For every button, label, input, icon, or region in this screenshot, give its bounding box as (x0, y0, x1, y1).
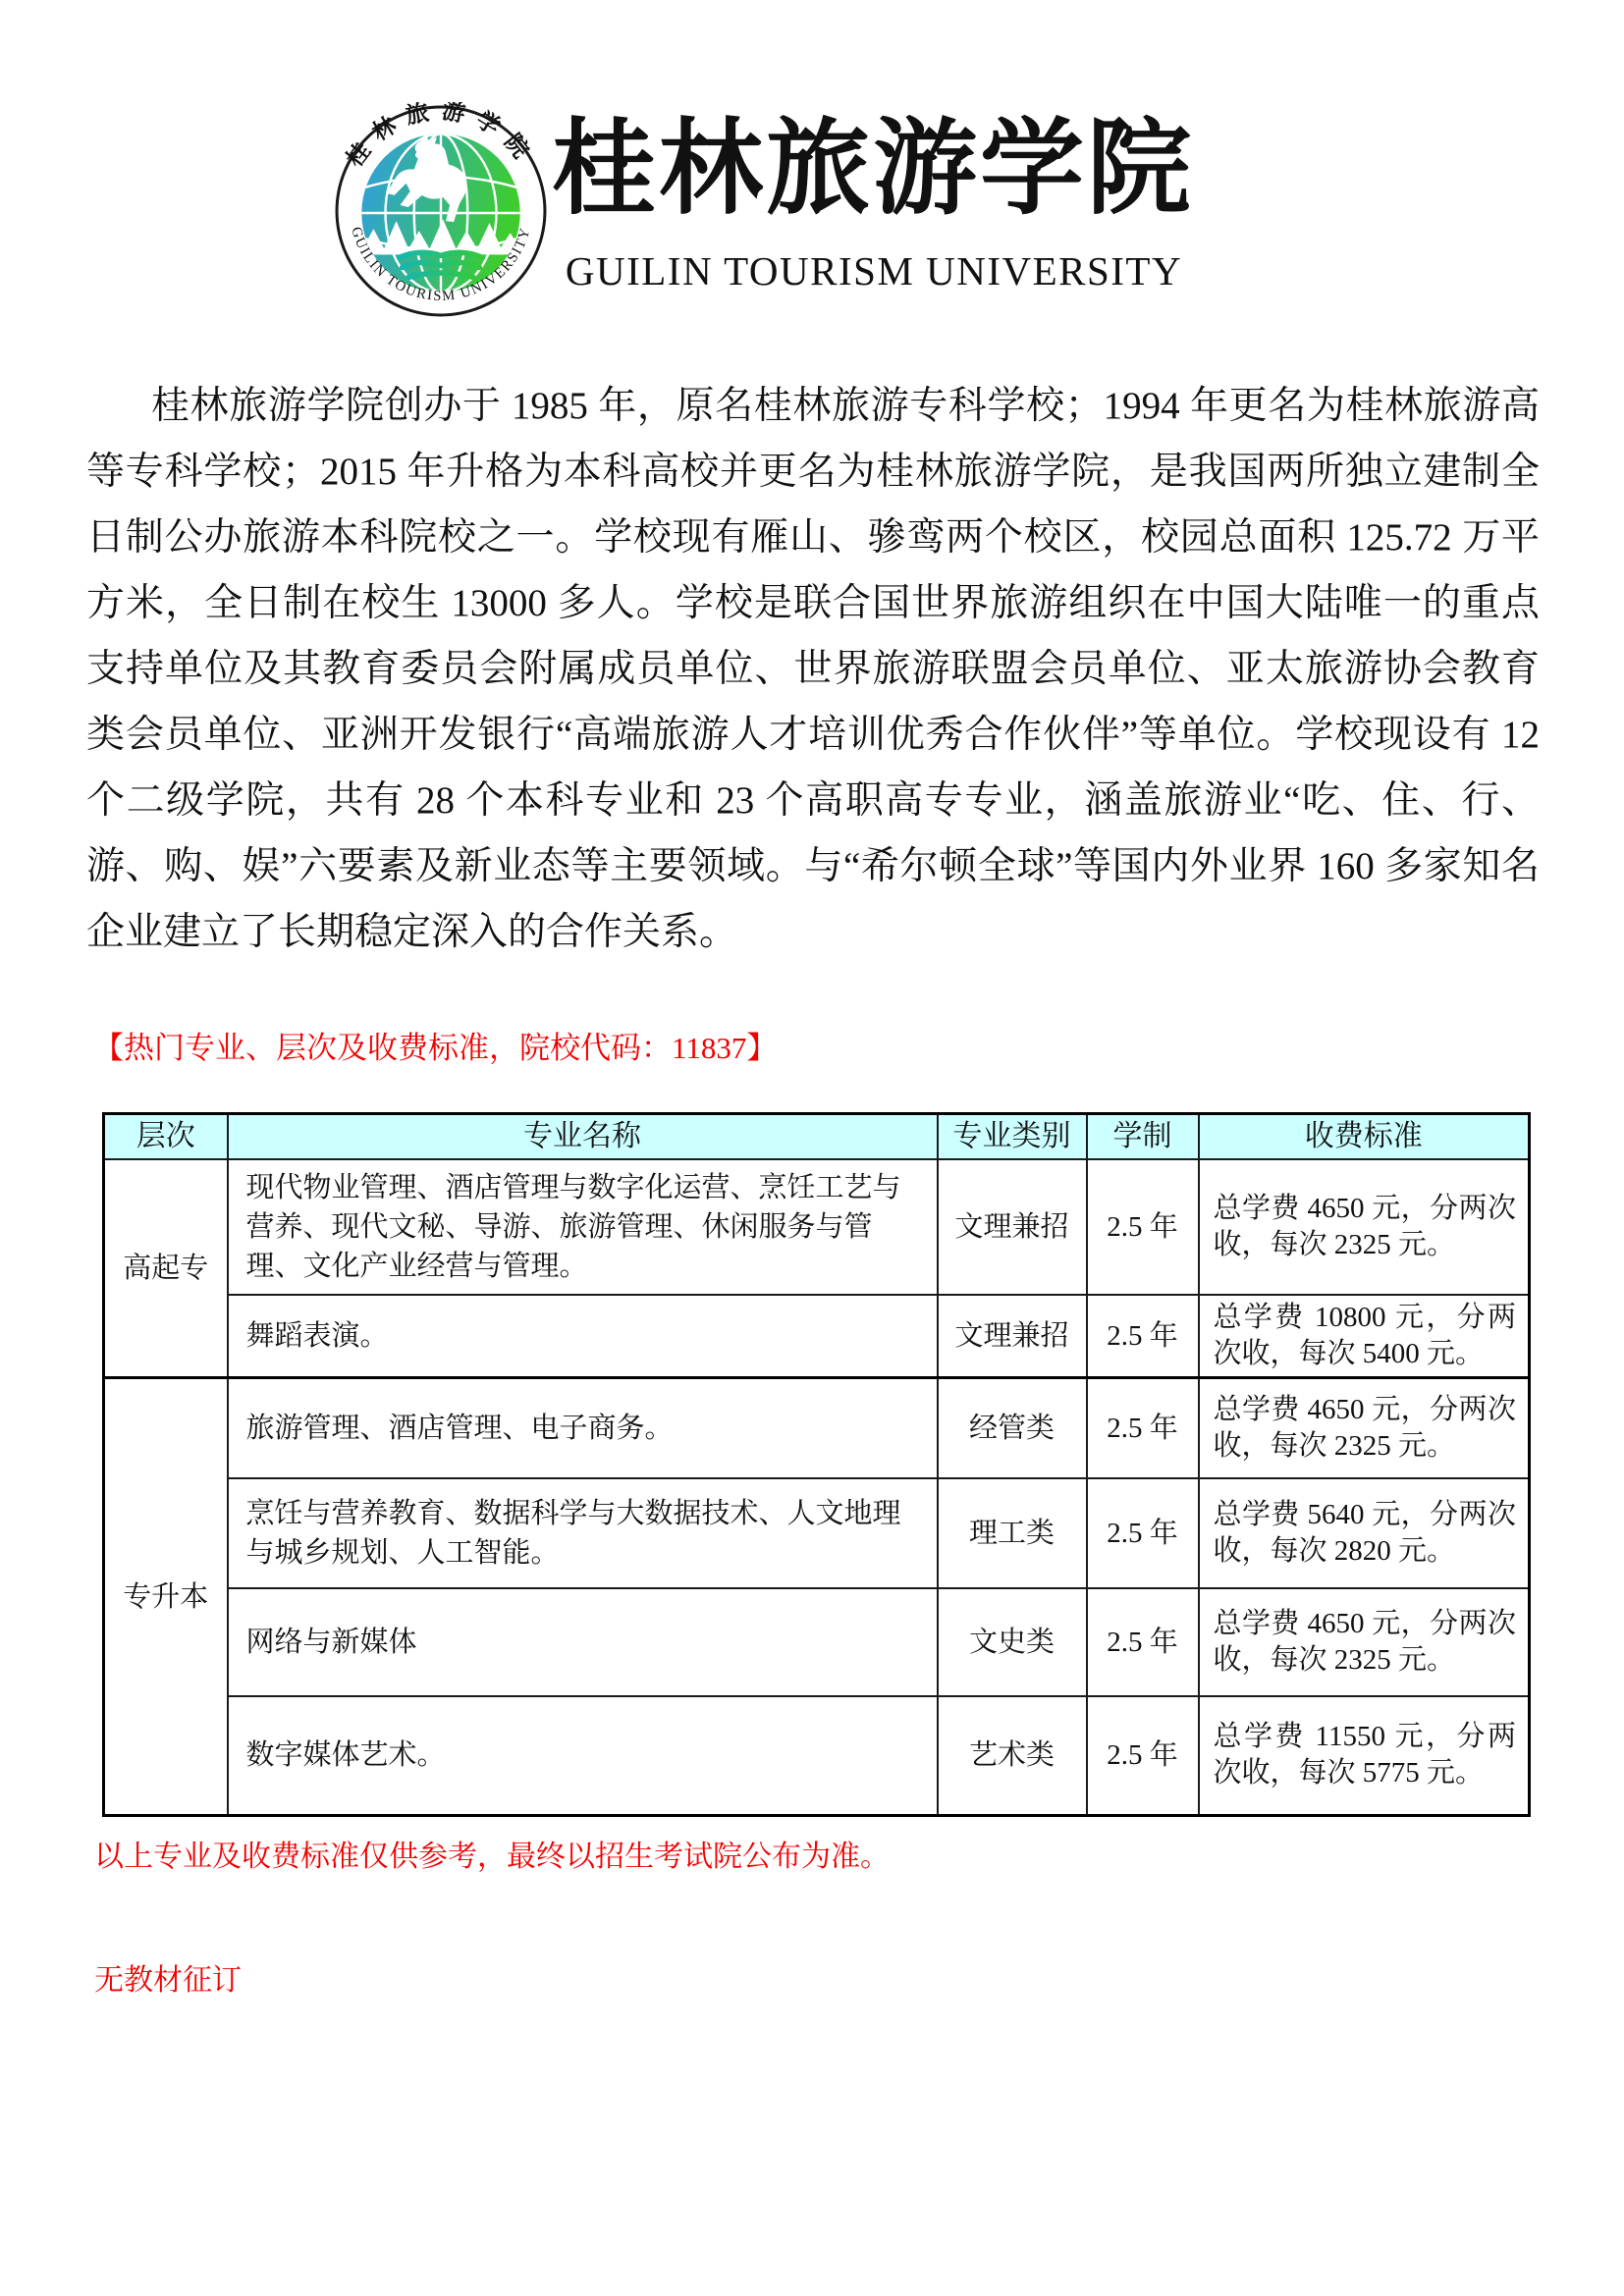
duration-cell: 2.5 年 (1087, 1295, 1199, 1378)
header-major-category: 专业类别 (938, 1114, 1087, 1160)
calligraphy-title: 桂林旅游学院 (552, 94, 1196, 245)
document-page: 桂林旅游学院 GUILIN TOURISM UNIVERSITY 桂林旅游学院 … (0, 0, 1624, 2296)
majors-cell: 数字媒体艺术。 (228, 1696, 938, 1816)
header-duration: 学制 (1087, 1114, 1199, 1160)
fee-cell: 总学费 5640 元，分两次收，每次 2820 元。 (1199, 1478, 1530, 1588)
category-cell: 文理兼招 (938, 1295, 1087, 1378)
category-cell: 经管类 (938, 1378, 1087, 1478)
fee-cell: 总学费 4650 元，分两次收，每次 2325 元。 (1199, 1378, 1530, 1478)
duration-cell: 2.5 年 (1087, 1478, 1199, 1588)
majors-cell: 烹饪与营养教育、数据科学与大数据技术、人文地理与城乡规划、人工智能。 (228, 1478, 938, 1588)
category-cell: 艺术类 (938, 1696, 1087, 1816)
table-row: 高起专 现代物业管理、酒店管理与数字化运营、烹饪工艺与营养、现代文秘、导游、旅游… (104, 1159, 1530, 1295)
header-fee-standard: 收费标准 (1199, 1114, 1530, 1160)
table-row: 舞蹈表演。 文理兼招 2.5 年 总学费 10800 元，分两次收，每次 540… (104, 1295, 1530, 1378)
fee-cell: 总学费 10800 元，分两次收，每次 5400 元。 (1199, 1295, 1530, 1378)
level-zhuanshengben: 专升本 (104, 1378, 228, 1816)
duration-cell: 2.5 年 (1087, 1378, 1199, 1478)
category-cell: 文理兼招 (938, 1159, 1087, 1295)
university-seal-logo: 桂林旅游学院 GUILIN TOURISM UNIVERSITY (332, 102, 550, 320)
fee-cell: 总学费 4650 元，分两次收，每次 2325 元。 (1199, 1588, 1530, 1696)
table-row: 专升本 旅游管理、酒店管理、电子商务。 经管类 2.5 年 总学费 4650 元… (104, 1378, 1530, 1478)
majors-cell: 旅游管理、酒店管理、电子商务。 (228, 1378, 938, 1478)
duration-cell: 2.5 年 (1087, 1696, 1199, 1816)
fee-cell: 总学费 4650 元，分两次收，每次 2325 元。 (1199, 1159, 1530, 1295)
category-cell: 理工类 (938, 1478, 1087, 1588)
fee-cell: 总学费 11550 元，分两次收，每次 5775 元。 (1199, 1696, 1530, 1816)
intro-paragraph: 桂林旅游学院创办于 1985 年，原名桂林旅游专科学校；1994 年更名为桂林旅… (86, 373, 1540, 965)
table-row: 烹饪与营养教育、数据科学与大数据技术、人文地理与城乡规划、人工智能。 理工类 2… (104, 1478, 1530, 1588)
category-cell: 文史类 (938, 1588, 1087, 1696)
textbook-note: 无教材征订 (94, 1955, 242, 1999)
duration-cell: 2.5 年 (1087, 1588, 1199, 1696)
majors-cell: 网络与新媒体 (228, 1588, 938, 1696)
disclaimer-note: 以上专业及收费标准仅供参考，最终以招生考试院公布为准。 (94, 1832, 890, 1875)
table-row: 网络与新媒体 文史类 2.5 年 总学费 4650 元，分两次收，每次 2325… (104, 1588, 1530, 1696)
duration-cell: 2.5 年 (1087, 1159, 1199, 1295)
level-gaoqizhuan: 高起专 (104, 1159, 228, 1378)
fees-table: 层次 专业名称 专业类别 学制 收费标准 高起专 现代物业管理、酒店管理与数字化… (102, 1112, 1531, 1817)
section-heading: 【热门专业、层次及收费标准，院校代码：11837】 (93, 1023, 777, 1067)
majors-cell: 现代物业管理、酒店管理与数字化运营、烹饪工艺与营养、现代文秘、导游、旅游管理、休… (228, 1159, 938, 1295)
english-title: GUILIN TOURISM UNIVERSITY (552, 247, 1196, 294)
majors-cell: 舞蹈表演。 (228, 1295, 938, 1378)
table-header-row: 层次 专业名称 专业类别 学制 收费标准 (104, 1114, 1530, 1160)
header-major-name: 专业名称 (228, 1114, 938, 1160)
university-title-block: 桂林旅游学院 GUILIN TOURISM UNIVERSITY (552, 94, 1196, 294)
table-row: 数字媒体艺术。 艺术类 2.5 年 总学费 11550 元，分两次收，每次 57… (104, 1696, 1530, 1816)
header-level: 层次 (104, 1114, 228, 1160)
